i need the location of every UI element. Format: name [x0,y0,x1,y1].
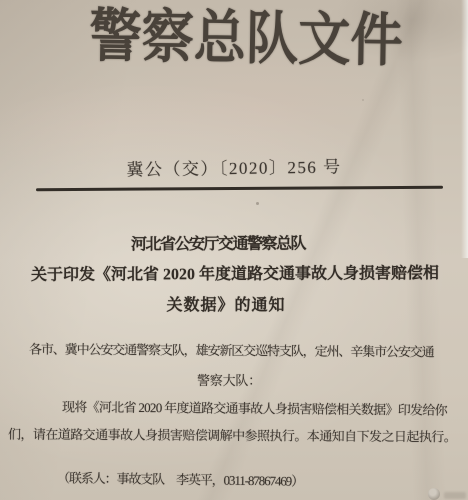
notice-title-line-1: 关于印发《河北省 2020 年度道路交通事故人身损害赔偿相 [1,262,468,287]
document-photo: 警察总队文件 冀公（交）〔2020〕256 号 河北省公安厅交通警察总队 关于印… [0,0,468,500]
issuing-authority-title: 河北省公安厅交通警察总队 [0,232,452,257]
watermark-text-blob [444,492,466,499]
body-paragraph-line-2: 们，请在道路交通事故人身损害赔偿调解中参照执行。本通知自下发之日起执行。 [8,425,456,447]
body-paragraph-line-1: 现将《河北省 2020 年度道路交通事故人身损害赔偿相关数据》印发给你 [62,397,447,419]
watermark-logo-icon [428,488,440,500]
recipients-line-2: 警察大队： [197,371,261,390]
recipients-line-1: 各市、冀中公安交通警察支队，雄安新区交巡特支队，定州、辛集市公安交通 [29,340,434,362]
paper-speck [256,202,259,205]
document-header-banner: 警察总队文件 [35,3,457,76]
notice-title-line-2: 关数据》的通知 [0,294,460,317]
faint-watermark [428,486,468,500]
contact-line: （联系人：事故支队 李英平，0311-87867469） [57,468,303,490]
paper-speck [362,99,364,101]
